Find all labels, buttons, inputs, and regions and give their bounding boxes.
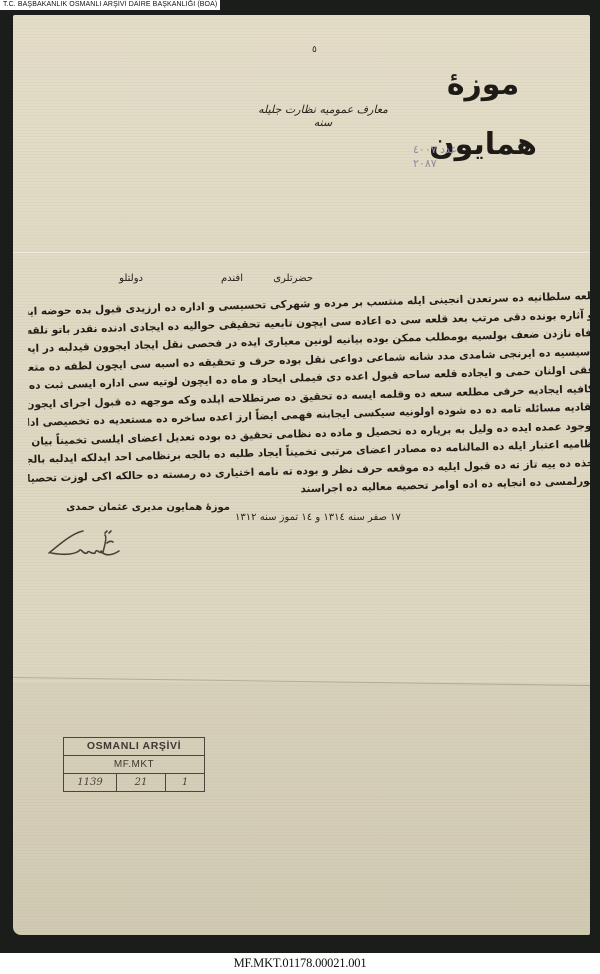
top-mark: ٥: [312, 45, 317, 55]
salutation: دولتلو افندم حضرتلری: [33, 273, 590, 287]
folded-flap: [13, 683, 590, 935]
signature-title: موزهٔ همایون مدیری عثمان حمدی: [63, 502, 233, 513]
reference-code: MF.MKT.01178.00021.001: [0, 953, 600, 974]
fold-line: [13, 252, 590, 253]
pencil-note: عدد ٤٠٠٧: [413, 143, 533, 157]
archive-stamp: OSMANLI ARŞİVİ MF.MKT 1139 21 1: [63, 737, 205, 792]
signature-icon: [43, 525, 133, 565]
salutation-middle: افندم: [221, 273, 243, 284]
pencil-notes: عدد ٤٠٠٧ ٢٠٨٧: [413, 143, 533, 171]
stamp-collection: MF.MKT: [64, 756, 204, 774]
archive-header-label: T.C. BAŞBAKANLIK OSMANLI ARŞİVİ DAİRE BA…: [0, 0, 220, 10]
letter-body: قلعه سلطانیه ده سرتعدن انجینی ایله منتسب…: [28, 287, 590, 491]
pencil-note: ٢٠٨٧: [413, 157, 533, 171]
department-line: معارف عمومیه نظارت جلیله سنه: [248, 103, 398, 129]
date-line: ١٧ صفر سنه ١٣١٤ و ١٤ تموز سنه ١٣١٢: [188, 512, 448, 523]
stamp-cell-page: 1: [166, 774, 204, 792]
stamp-title: OSMANLI ARŞİVİ: [64, 738, 204, 756]
document-page: ٥ موزهٔ همایون معارف عمومیه نظارت جلیله …: [13, 15, 590, 935]
stamp-cell-file: 1139: [64, 774, 117, 792]
letterhead: موزهٔ همایون: [398, 55, 568, 125]
salutation-left: حضرتلری: [273, 273, 313, 284]
salutation-right: دولتلو: [119, 273, 143, 284]
stamp-number-row: 1139 21 1: [64, 774, 204, 792]
stamp-cell-folder: 21: [117, 774, 166, 792]
